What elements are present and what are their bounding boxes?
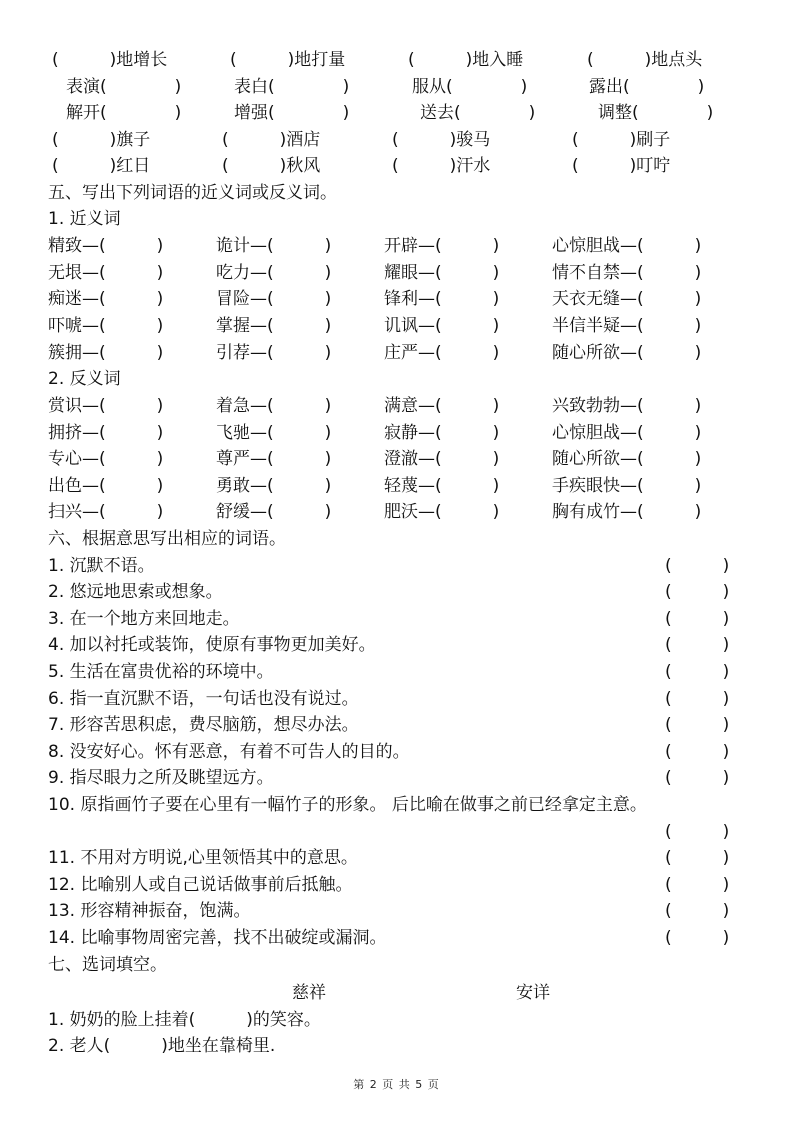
antonym-item[interactable]: 勇敢—( ) <box>216 473 331 499</box>
antonym-item[interactable]: 兴致勃勃—( ) <box>552 393 701 419</box>
definition-row: 9. 指尽眼力之所及眺望远方。 ( ) <box>0 765 793 791</box>
antonym-item[interactable]: 扫兴—( ) <box>48 499 163 525</box>
antonym-row: 出色—( ) 勇敢—( ) 轻蔑—( ) 手疾眼快—( ) <box>0 473 793 499</box>
fill-item[interactable]: ( )骏马 <box>392 127 490 153</box>
word-choice: 安详 <box>516 980 550 1006</box>
section-7-title: 七、选词填空。 <box>48 952 167 978</box>
antonym-item[interactable]: 寂静—( ) <box>384 420 499 446</box>
fill-item[interactable]: 露出( ) <box>589 74 704 100</box>
synonym-item[interactable]: 耀眼—( ) <box>384 260 499 286</box>
synonym-item[interactable]: 引荐—( ) <box>216 340 331 366</box>
answer-blank[interactable]: ( ) <box>665 845 729 871</box>
fill-item[interactable]: 表白( ) <box>234 74 349 100</box>
definition-text: 13. 形容精神振奋，饱满。 <box>48 898 250 924</box>
definition-text: 6. 指一直沉默不语，一句话也没有说过。 <box>48 686 359 712</box>
fill-item[interactable]: 增强( ) <box>234 100 349 126</box>
answer-blank[interactable]: ( ) <box>665 553 729 579</box>
section-6-title: 六、根据意思写出相应的词语。 <box>48 526 286 552</box>
antonym-item[interactable]: 随心所欲—( ) <box>552 446 701 472</box>
synonym-item[interactable]: 诡计—( ) <box>216 233 331 259</box>
synonym-row: 簇拥—( ) 引荐—( ) 庄严—( ) 随心所欲—( ) <box>0 340 793 366</box>
definition-row: 11. 不用对方明说,心里领悟其中的意思。 ( ) <box>0 845 793 871</box>
fill-row-adjectives-1: ( )旗子 ( )酒店 ( )骏马 ( )刷子 <box>0 127 793 153</box>
definition-text: 4. 加以衬托或装饰，使原有事物更加美好。 <box>48 632 376 658</box>
fill-item[interactable]: 服从( ) <box>412 74 527 100</box>
fill-row-antonym-2: 解开( ) 增强( ) 送去( ) 调整( ) <box>0 100 793 126</box>
synonym-item[interactable]: 无垠—( ) <box>48 260 163 286</box>
synonym-item[interactable]: 簇拥—( ) <box>48 340 163 366</box>
definition-row: 3. 在一个地方来回地走。 ( ) <box>0 606 793 632</box>
fill-item[interactable]: ( )汗水 <box>392 153 490 179</box>
fill-sentence-text[interactable]: 2. 老人( )地坐在靠椅里. <box>48 1033 275 1059</box>
answer-blank[interactable]: ( ) <box>665 925 729 951</box>
word-choices: 慈祥 安详 <box>0 980 793 1006</box>
fill-item[interactable]: 调整( ) <box>598 100 713 126</box>
antonym-item[interactable]: 肥沃—( ) <box>384 499 499 525</box>
word-choice: 慈祥 <box>292 980 326 1006</box>
definition-text: 8. 没安好心。怀有恶意，有着不可告人的目的。 <box>48 739 410 765</box>
fill-sentence: 2. 老人( )地坐在靠椅里. <box>0 1033 793 1059</box>
synonym-item[interactable]: 掌握—( ) <box>216 313 331 339</box>
synonym-item[interactable]: 锋利—( ) <box>384 286 499 312</box>
synonym-item[interactable]: 吃力—( ) <box>216 260 331 286</box>
antonym-item[interactable]: 尊严—( ) <box>216 446 331 472</box>
synonym-item[interactable]: 精致—( ) <box>48 233 163 259</box>
antonym-item[interactable]: 胸有成竹—( ) <box>552 499 701 525</box>
fill-row-adjectives-2: ( )红日 ( )秋风 ( )汗水 ( )叮咛 <box>0 153 793 179</box>
antonym-item[interactable]: 出色—( ) <box>48 473 163 499</box>
antonym-row: 扫兴—( ) 舒缓—( ) 肥沃—( ) 胸有成竹—( ) <box>0 499 793 525</box>
synonym-item[interactable]: 情不自禁—( ) <box>552 260 701 286</box>
fill-item[interactable]: 表演( ) <box>66 74 181 100</box>
definition-row: 1. 沉默不语。 ( ) <box>0 553 793 579</box>
definition-row: 14. 比喻事物周密完善，找不出破绽或漏洞。 ( ) <box>0 925 793 951</box>
synonym-item[interactable]: 心惊胆战—( ) <box>552 233 701 259</box>
fill-item[interactable]: ( )地增长 <box>52 47 167 73</box>
definition-row: 6. 指一直沉默不语，一句话也没有说过。 ( ) <box>0 686 793 712</box>
definition-text: 1. 沉默不语。 <box>48 553 155 579</box>
answer-blank[interactable]: ( ) <box>665 819 729 845</box>
answer-blank[interactable]: ( ) <box>665 872 729 898</box>
synonym-item[interactable]: 庄严—( ) <box>384 340 499 366</box>
fill-sentence-text[interactable]: 1. 奶奶的脸上挂着( )的笑容。 <box>48 1007 321 1033</box>
synonym-item[interactable]: 痴迷—( ) <box>48 286 163 312</box>
antonym-item[interactable]: 轻蔑—( ) <box>384 473 499 499</box>
definition-row: ( ) <box>0 819 793 845</box>
answer-blank[interactable]: ( ) <box>665 579 729 605</box>
synonym-row: 吓唬—( ) 掌握—( ) 讥讽—( ) 半信半疑—( ) <box>0 313 793 339</box>
fill-item[interactable]: ( )酒店 <box>222 127 320 153</box>
fill-item[interactable]: 送去( ) <box>420 100 535 126</box>
synonym-row: 痴迷—( ) 冒险—( ) 锋利—( ) 天衣无缝—( ) <box>0 286 793 312</box>
antonym-item[interactable]: 专心—( ) <box>48 446 163 472</box>
answer-blank[interactable]: ( ) <box>665 898 729 924</box>
definition-row: 2. 悠远地思索或想象。 ( ) <box>0 579 793 605</box>
definition-text: 2. 悠远地思索或想象。 <box>48 579 223 605</box>
antonym-item[interactable]: 心惊胆战—( ) <box>552 420 701 446</box>
fill-row-adverbs: ( )地增长 ( )地打量 ( )地入睡 ( )地点头 <box>0 47 793 73</box>
definition-row: 4. 加以衬托或装饰，使原有事物更加美好。 ( ) <box>0 632 793 658</box>
fill-item[interactable]: ( )地入睡 <box>408 47 523 73</box>
fill-row-antonym-1: 表演( ) 表白( ) 服从( ) 露出( ) <box>0 74 793 100</box>
definition-row: 10. 原指画竹子要在心里有一幅竹子的形象。 后比喻在做事之前已经拿定主意。 <box>0 792 793 818</box>
definition-row: 12. 比喻别人或自己说话做事前后抵触。 ( ) <box>0 872 793 898</box>
antonyms-label: 2. 反义词 <box>48 366 121 392</box>
synonym-row: 精致—( ) 诡计—( ) 开辟—( ) 心惊胆战—( ) <box>0 233 793 259</box>
antonym-item[interactable]: 手疾眼快—( ) <box>552 473 701 499</box>
page-footer: 第 2 页 共 5 页 <box>0 1076 793 1092</box>
definition-text: 14. 比喻事物周密完善，找不出破绽或漏洞。 <box>48 925 386 951</box>
definition-text: 3. 在一个地方来回地走。 <box>48 606 240 632</box>
synonym-row: 无垠—( ) 吃力—( ) 耀眼—( ) 情不自禁—( ) <box>0 260 793 286</box>
fill-item[interactable]: ( )红日 <box>52 153 150 179</box>
fill-item[interactable]: 解开( ) <box>66 100 181 126</box>
synonym-item[interactable]: 随心所欲—( ) <box>552 340 701 366</box>
fill-item[interactable]: ( )秋风 <box>222 153 320 179</box>
definition-row: 7. 形容苦思积虑，费尽脑筋，想尽办法。 ( ) <box>0 712 793 738</box>
section-5-title: 五、写出下列词语的近义词或反义词。 <box>48 180 337 206</box>
antonym-row: 专心—( ) 尊严—( ) 澄澈—( ) 随心所欲—( ) <box>0 446 793 472</box>
fill-item[interactable]: ( )刷子 <box>572 127 670 153</box>
antonym-item[interactable]: 飞驰—( ) <box>216 420 331 446</box>
synonym-item[interactable]: 讥讽—( ) <box>384 313 499 339</box>
antonym-item[interactable]: 舒缓—( ) <box>216 499 331 525</box>
answer-blank[interactable]: ( ) <box>665 632 729 658</box>
synonym-item[interactable]: 开辟—( ) <box>384 233 499 259</box>
synonym-item[interactable]: 吓唬—( ) <box>48 313 163 339</box>
answer-blank[interactable]: ( ) <box>665 686 729 712</box>
answer-blank[interactable]: ( ) <box>665 659 729 685</box>
definition-text: 5. 生活在富贵优裕的环境中。 <box>48 659 274 685</box>
synonym-item[interactable]: 半信半疑—( ) <box>552 313 701 339</box>
definition-row: 5. 生活在富贵优裕的环境中。 ( ) <box>0 659 793 685</box>
answer-blank[interactable]: ( ) <box>665 606 729 632</box>
fill-item[interactable]: ( )地点头 <box>587 47 702 73</box>
fill-item[interactable]: ( )旗子 <box>52 127 150 153</box>
definition-text: 9. 指尽眼力之所及眺望远方。 <box>48 765 274 791</box>
definition-text: 12. 比喻别人或自己说话做事前后抵触。 <box>48 872 352 898</box>
definition-row: 13. 形容精神振奋，饱满。 ( ) <box>0 898 793 924</box>
definition-row: 8. 没安好心。怀有恶意，有着不可告人的目的。 ( ) <box>0 739 793 765</box>
synonym-item[interactable]: 冒险—( ) <box>216 286 331 312</box>
antonym-item[interactable]: 赏识—( ) <box>48 393 163 419</box>
antonym-row: 拥挤—( ) 飞驰—( ) 寂静—( ) 心惊胆战—( ) <box>0 420 793 446</box>
fill-item[interactable]: ( )地打量 <box>230 47 345 73</box>
antonym-row: 赏识—( ) 着急—( ) 满意—( ) 兴致勃勃—( ) <box>0 393 793 419</box>
definition-text: 10. 原指画竹子要在心里有一幅竹子的形象。 后比喻在做事之前已经拿定主意。 <box>48 792 647 818</box>
definition-text: 7. 形容苦思积虑，费尽脑筋，想尽办法。 <box>48 712 359 738</box>
synonyms-label: 1. 近义词 <box>48 206 121 232</box>
fill-item[interactable]: ( )叮咛 <box>572 153 670 179</box>
answer-blank[interactable]: ( ) <box>665 712 729 738</box>
antonym-item[interactable]: 着急—( ) <box>216 393 331 419</box>
synonym-item[interactable]: 天衣无缝—( ) <box>552 286 701 312</box>
answer-blank[interactable]: ( ) <box>665 765 729 791</box>
answer-blank[interactable]: ( ) <box>665 739 729 765</box>
antonym-item[interactable]: 澄澈—( ) <box>384 446 499 472</box>
antonym-item[interactable]: 满意—( ) <box>384 393 499 419</box>
antonym-item[interactable]: 拥挤—( ) <box>48 420 163 446</box>
definition-text: 11. 不用对方明说,心里领悟其中的意思。 <box>48 845 358 871</box>
fill-sentence: 1. 奶奶的脸上挂着( )的笑容。 <box>0 1007 793 1033</box>
